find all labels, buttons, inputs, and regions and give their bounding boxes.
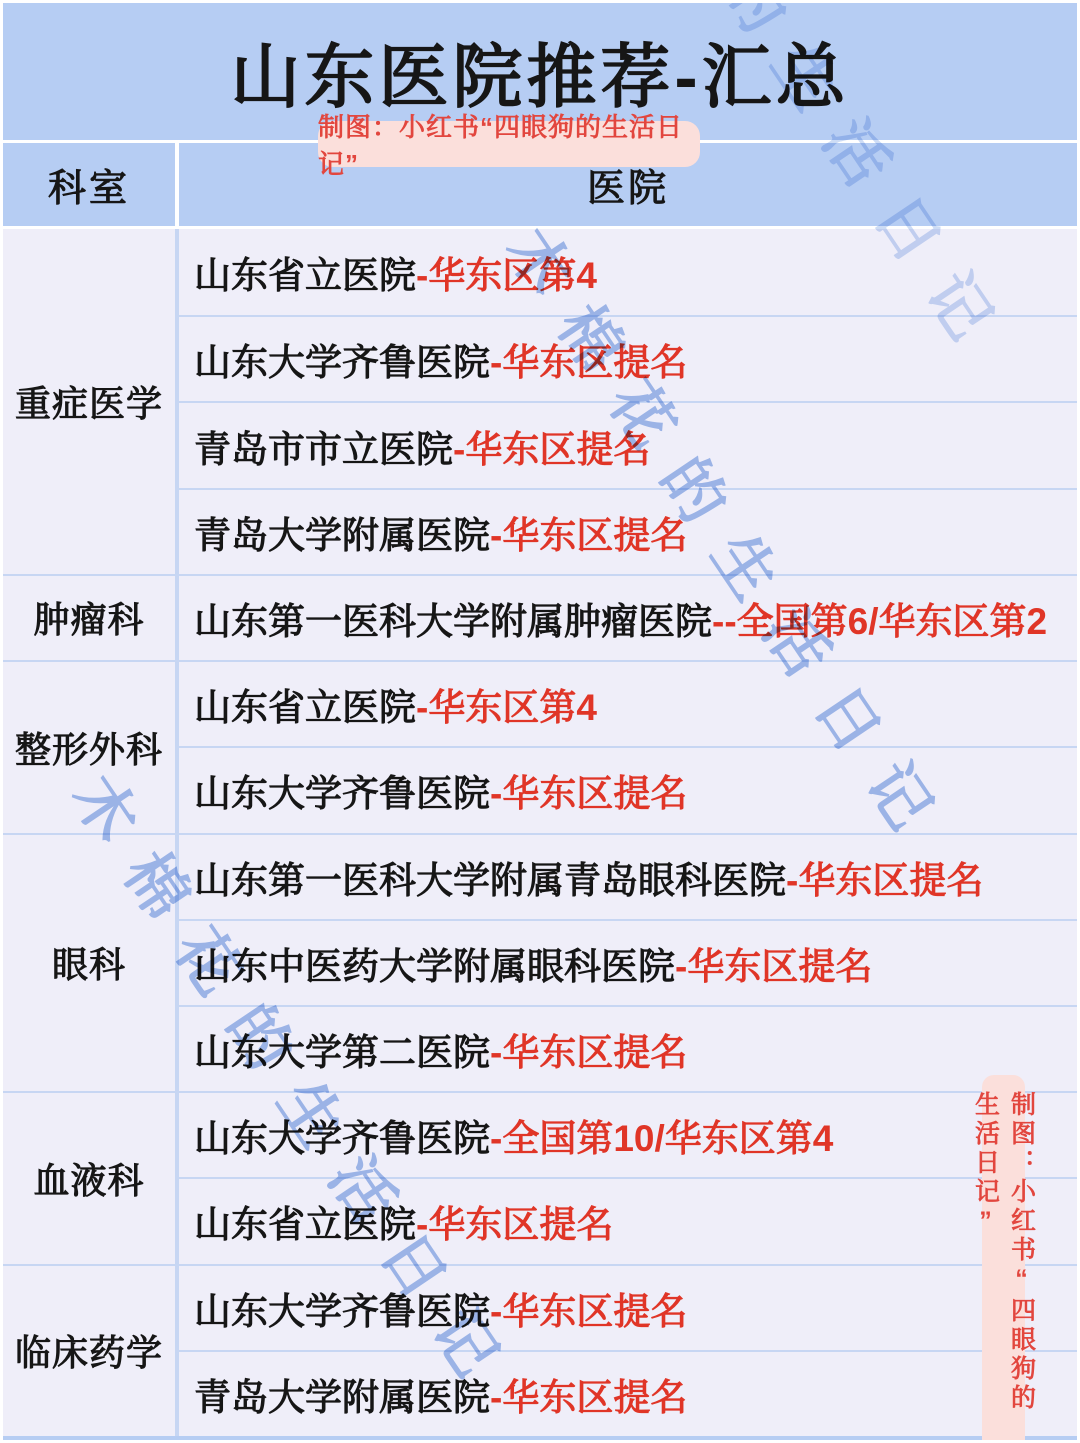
hospital-name: 山东第一医科大学附属青岛眼科医院 [194, 850, 786, 904]
department-cell: 肿瘤科 [3, 574, 179, 660]
hospital-recommendation-poster: 木棉花的生活日记 木棉花的生活日记 木棉花的生活日记 山东医院推荐-汇总 制图：… [0, 0, 1080, 1443]
hospital-row: 山东第一医科大学附属肿瘤医院--全国第6/华东区第2 [179, 574, 1077, 660]
hospital-rank: -华东区第4 [416, 677, 597, 731]
hospital-name: 山东省立医院 [194, 677, 416, 731]
hospital-name: 山东大学齐鲁医院 [194, 332, 490, 386]
hospital-row: 青岛大学附属医院-华东区提名 [179, 488, 1077, 574]
hospital-name: 山东大学齐鲁医院 [194, 763, 490, 817]
hospital-name: 山东第一医科大学附属肿瘤医院 [194, 591, 712, 645]
hospital-name: 山东省立医院 [194, 245, 416, 299]
hospital-name: 青岛大学附属医院 [194, 1367, 490, 1421]
hospital-row: 山东省立医院-华东区第4 [179, 229, 1077, 315]
hospital-row: 山东省立医院-华东区提名 [179, 1177, 1077, 1263]
hospital-row: 山东大学齐鲁医院-华东区提名 [179, 746, 1077, 832]
hospital-row: 山东大学齐鲁医院-华东区提名 [179, 315, 1077, 401]
hospital-rank: -华东区提名 [453, 419, 650, 473]
hospital-row: 山东省立医院-华东区第4 [179, 660, 1077, 746]
hospital-row: 青岛市市立医院-华东区提名 [179, 401, 1077, 487]
hospital-rank: -华东区提名 [490, 1367, 687, 1421]
hospital-row: 山东中医药大学附属眼科医院-华东区提名 [179, 919, 1077, 1005]
hospital-rank: -华东区提名 [490, 1281, 687, 1335]
hospital-rank: -全国第10/华东区第4 [490, 1108, 833, 1162]
hospital-rank: -华东区提名 [786, 850, 983, 904]
department-cell: 重症医学 [3, 229, 179, 574]
hospital-rank: -华东区提名 [490, 332, 687, 386]
hospital-name: 山东大学齐鲁医院 [194, 1281, 490, 1335]
hospital-rank: -华东区提名 [416, 1194, 613, 1248]
hospital-rank: -华东区提名 [490, 763, 687, 817]
hospital-row: 山东大学第二医院-华东区提名 [179, 1005, 1077, 1091]
hospital-row: 山东第一医科大学附属青岛眼科医院-华东区提名 [179, 833, 1077, 919]
hospital-name: 青岛市市立医院 [194, 419, 453, 473]
table-body: 重症医学 山东省立医院-华东区第4 山东大学齐鲁医院-华东区提名 青岛市市立医院… [3, 229, 1077, 1436]
hospital-name: 青岛大学附属医院 [194, 505, 490, 559]
credit-vertical-strip: 制图：小红书“四眼狗的生活日记” [982, 1075, 1025, 1440]
department-cell: 血液科 [3, 1091, 179, 1263]
hospital-rank: -华东区第4 [416, 245, 597, 299]
hospital-rank: --全国第6/华东区第2 [712, 591, 1047, 645]
hospital-row: 山东大学齐鲁医院-华东区提名 [179, 1264, 1077, 1350]
hospital-rank: -华东区提名 [490, 505, 687, 559]
hospital-rank: -华东区提名 [675, 936, 872, 990]
hospital-name: 山东大学第二医院 [194, 1022, 490, 1076]
column-header-department: 科室 [3, 143, 175, 226]
hospital-rank: -华东区提名 [490, 1022, 687, 1076]
credit-badge: 制图：小红书“四眼狗的生活日记” [318, 121, 700, 167]
hospital-row: 青岛大学附属医院-华东区提名 [179, 1350, 1077, 1436]
hospital-name: 山东省立医院 [194, 1194, 416, 1248]
hospital-name: 山东中医药大学附属眼科医院 [194, 936, 675, 990]
department-cell: 整形外科 [3, 660, 179, 832]
hospital-name: 山东大学齐鲁医院 [194, 1108, 490, 1162]
hospital-row: 山东大学齐鲁医院-全国第10/华东区第4 [179, 1091, 1077, 1177]
department-cell: 临床药学 [3, 1264, 179, 1436]
department-cell: 眼科 [3, 833, 179, 1092]
